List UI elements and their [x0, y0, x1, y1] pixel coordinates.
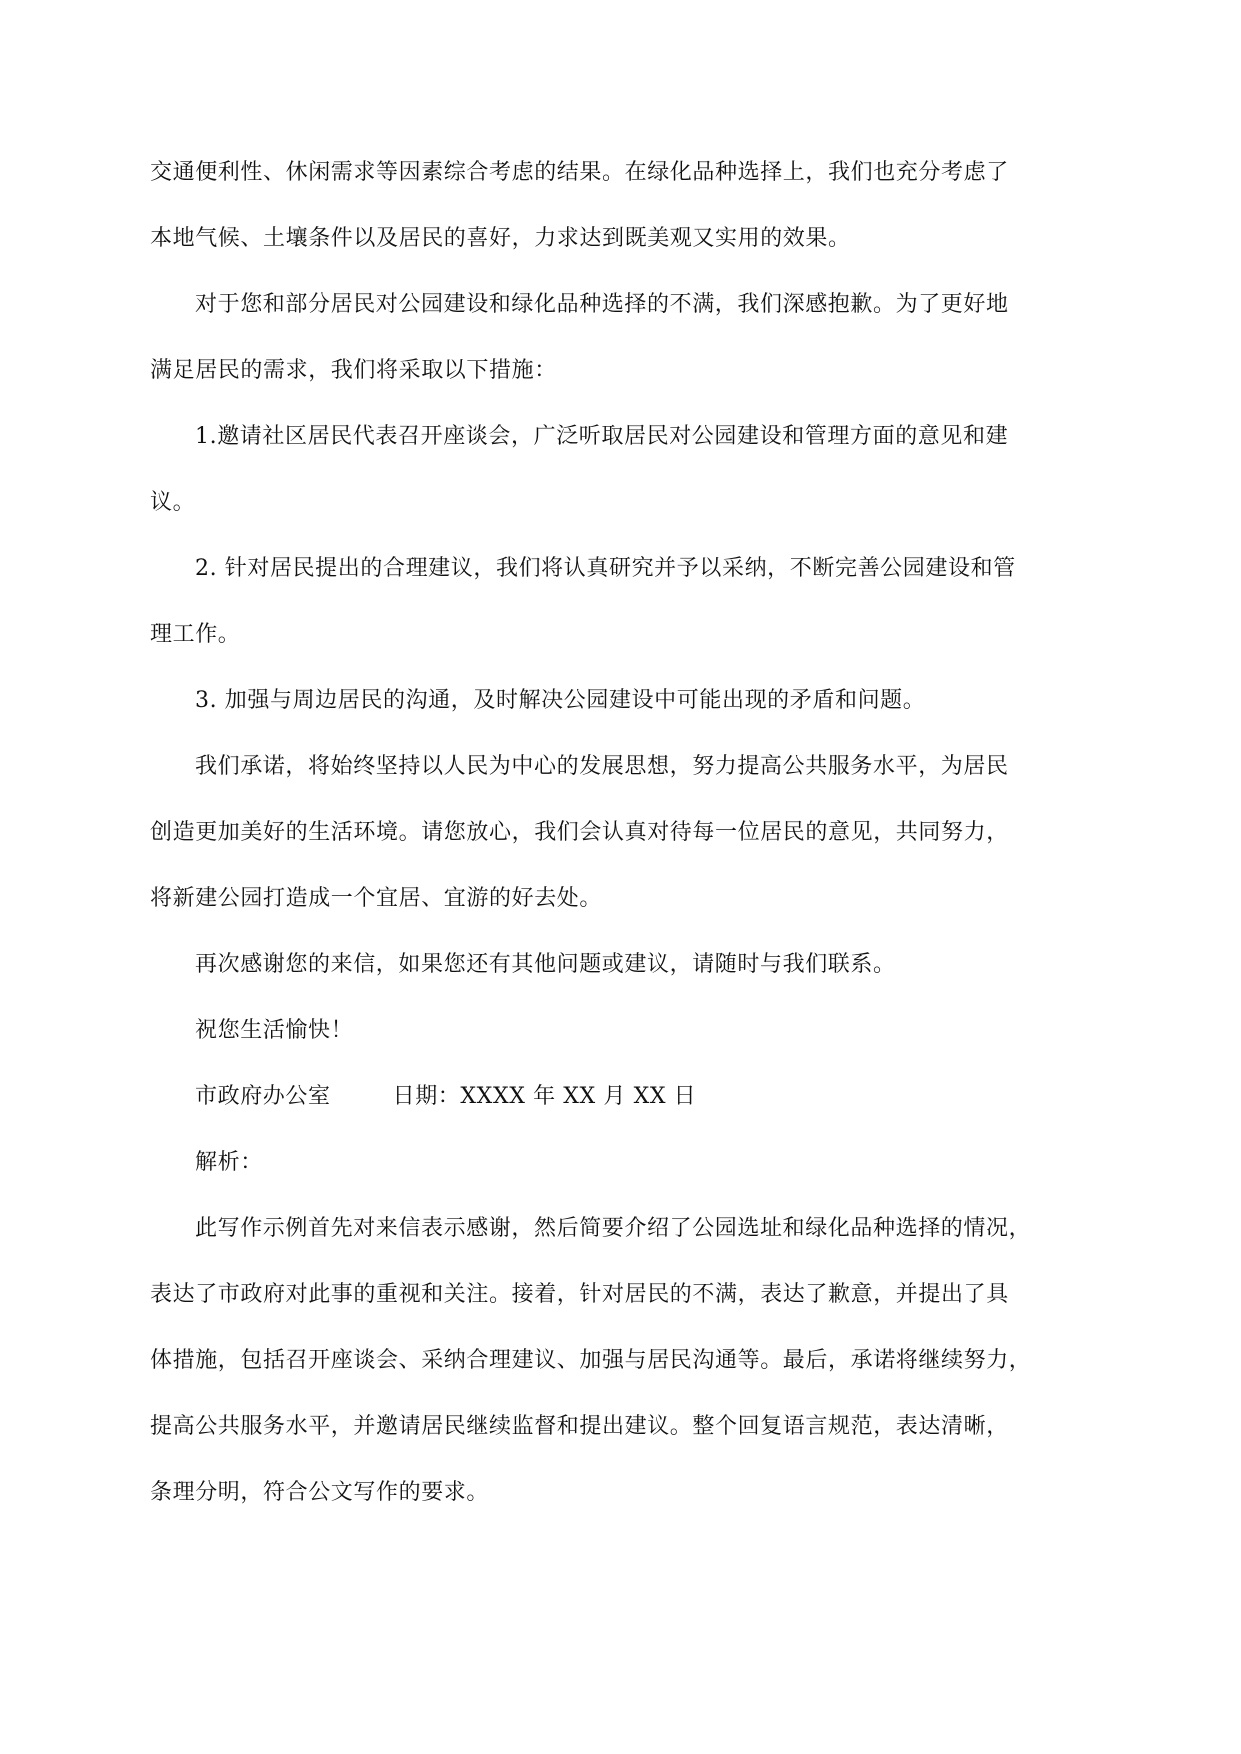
- signature-line: 市政府办公室日期：XXXX 年 XX 月 XX 日: [150, 1064, 1098, 1130]
- list-item-measure-3: 3. 加强与周边居民的沟通，及时解决公园建设中可能出现的矛盾和问题。: [150, 668, 1098, 734]
- text-line: 提高公共服务水平，并邀请居民继续监督和提出建议。整个回复语言规范，表达清晰，: [150, 1394, 1098, 1460]
- text-line: 此写作示例首先对来信表示感谢，然后简要介绍了公园选址和绿化品种选择的情况，: [150, 1196, 1098, 1262]
- text-line: 2. 针对居民提出的合理建议，我们将认真研究并予以采纳，不断完善公园建设和管: [150, 536, 1098, 602]
- text-line: 本地气候、土壤条件以及居民的喜好，力求达到既美观又实用的效果。: [150, 206, 1098, 272]
- text-line: 交通便利性、休闲需求等因素综合考虑的结果。在绿化品种选择上，我们也充分考虑了: [150, 140, 1098, 206]
- text-line: 1.邀请社区居民代表召开座谈会，广泛听取居民对公园建设和管理方面的意见和建: [150, 404, 1098, 470]
- text-line: 体措施，包括召开座谈会、采纳合理建议、加强与居民沟通等。最后，承诺将继续努力，: [150, 1328, 1098, 1394]
- date-label: 日期：: [393, 1084, 461, 1109]
- paragraph-apology: 对于您和部分居民对公园建设和绿化品种选择的不满，我们深感抱歉。为了更好地 满足居…: [150, 272, 1098, 404]
- text-line: 将新建公园打造成一个宜居、宜游的好去处。: [150, 866, 1098, 932]
- paragraph-thanks: 再次感谢您的来信，如果您还有其他问题或建议，请随时与我们联系。: [150, 932, 1098, 998]
- paragraph-promise: 我们承诺，将始终坚持以人民为中心的发展思想，努力提高公共服务水平，为居民 创造更…: [150, 734, 1098, 932]
- document-body: 交通便利性、休闲需求等因素综合考虑的结果。在绿化品种选择上，我们也充分考虑了 本…: [150, 140, 1098, 1526]
- list-item-measure-1: 1.邀请社区居民代表召开座谈会，广泛听取居民对公园建设和管理方面的意见和建 议。: [150, 404, 1098, 536]
- date-value: XXXX 年 XX 月 XX 日: [460, 1084, 696, 1109]
- text-line: 创造更加美好的生活环境。请您放心，我们会认真对待每一位居民的意见，共同努力，: [150, 800, 1098, 866]
- text-line: 理工作。: [150, 602, 1098, 668]
- text-line: 再次感谢您的来信，如果您还有其他问题或建议，请随时与我们联系。: [150, 932, 1098, 998]
- document-page: 交通便利性、休闲需求等因素综合考虑的结果。在绿化品种选择上，我们也充分考虑了 本…: [0, 0, 1241, 1754]
- paragraph-analysis: 此写作示例首先对来信表示感谢，然后简要介绍了公园选址和绿化品种选择的情况， 表达…: [150, 1196, 1098, 1526]
- text-line: 3. 加强与周边居民的沟通，及时解决公园建设中可能出现的矛盾和问题。: [150, 668, 1098, 734]
- paragraph-site-selection: 交通便利性、休闲需求等因素综合考虑的结果。在绿化品种选择上，我们也充分考虑了 本…: [150, 140, 1098, 272]
- list-item-measure-2: 2. 针对居民提出的合理建议，我们将认真研究并予以采纳，不断完善公园建设和管 理…: [150, 536, 1098, 668]
- analysis-heading: 解析：: [150, 1130, 1098, 1196]
- text-line: 对于您和部分居民对公园建设和绿化品种选择的不满，我们深感抱歉。为了更好地: [150, 272, 1098, 338]
- text-line: 议。: [150, 470, 1098, 536]
- text-line: 我们承诺，将始终坚持以人民为中心的发展思想，努力提高公共服务水平，为居民: [150, 734, 1098, 800]
- text-line: 满足居民的需求，我们将采取以下措施：: [150, 338, 1098, 404]
- text-line: 祝您生活愉快！: [150, 998, 1098, 1064]
- text-line: 条理分明，符合公文写作的要求。: [150, 1460, 1098, 1526]
- paragraph-closing: 祝您生活愉快！: [150, 998, 1098, 1064]
- text-line: 表达了市政府对此事的重视和关注。接着，针对居民的不满，表达了歉意，并提出了具: [150, 1262, 1098, 1328]
- sender-name: 市政府办公室: [195, 1084, 331, 1109]
